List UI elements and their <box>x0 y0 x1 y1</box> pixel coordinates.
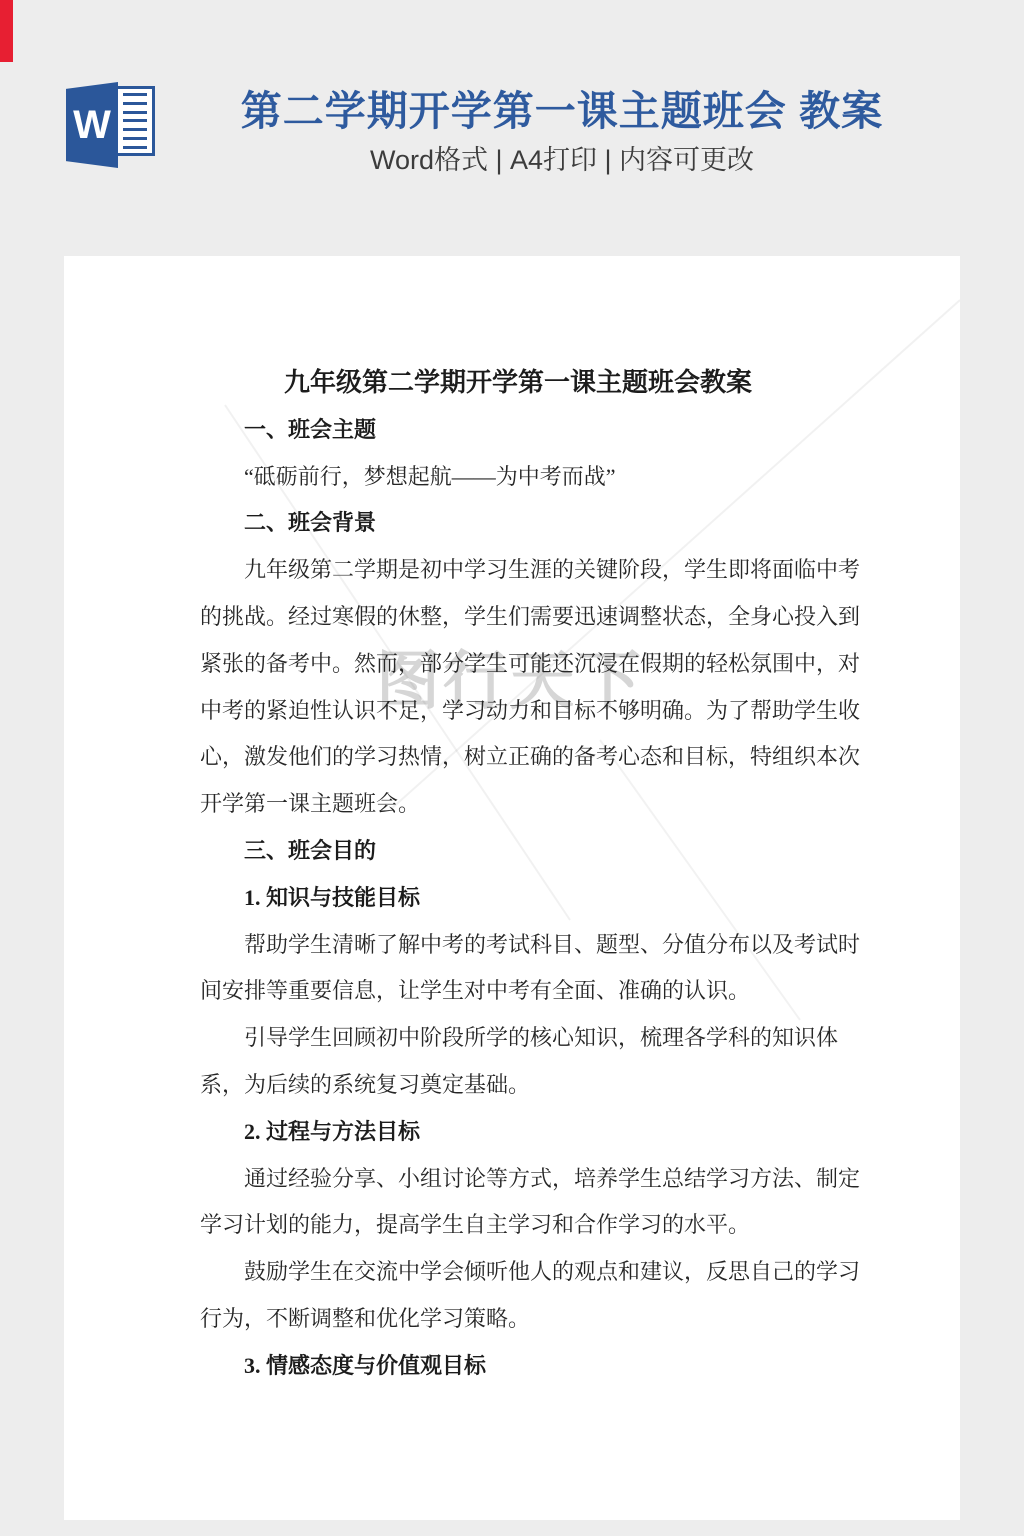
doc-line: 三、班会目的 <box>200 828 836 875</box>
document-blocks: 一、班会主题 “砥砺前行，梦想起航——为中考而战” 二、班会背景 九年级第二学期… <box>200 407 836 1390</box>
doc-line: 一、班会主题 <box>200 407 836 454</box>
page-title: 第二学期开学第一课主题班会 教案 <box>150 88 974 134</box>
doc-line: 心，激发他们的学习热情，树立正确的备考心态和目标，特组织本次 <box>200 734 836 781</box>
doc-paragraph: 九年级第二学期是初中学习生涯的关键阶段，学生即将面临中考的挑战。经过寒假的休整，… <box>200 547 836 828</box>
doc-heading: 三、班会目的 <box>200 828 836 875</box>
doc-line: 间安排等重要信息，让学生对中考有全面、准确的认识。 <box>200 968 836 1015</box>
doc-line: 系，为后续的系统复习奠定基础。 <box>200 1062 836 1109</box>
word-icon-letter: W <box>73 105 111 145</box>
doc-line: 学习计划的能力，提高学生自主学习和合作学习的水平。 <box>200 1202 836 1249</box>
header-titles: 第二学期开学第一课主题班会 教案 Word格式 | A4打印 | 内容可更改 <box>150 88 974 176</box>
doc-heading: 一、班会主题 <box>200 407 836 454</box>
doc-line: 行为，不断调整和优化学习策略。 <box>200 1296 836 1343</box>
doc-paragraph: “砥砺前行，梦想起航——为中考而战” <box>200 454 836 501</box>
doc-line: 1. 知识与技能目标 <box>200 875 836 922</box>
doc-line: 3. 情感态度与价值观目标 <box>200 1343 836 1390</box>
doc-line: 帮助学生清晰了解中考的考试科目、题型、分值分布以及考试时 <box>200 922 836 969</box>
doc-heading: 3. 情感态度与价值观目标 <box>200 1343 836 1390</box>
doc-line: 引导学生回顾初中阶段所学的核心知识，梳理各学科的知识体 <box>200 1015 836 1062</box>
doc-line: 的挑战。经过寒假的休整，学生们需要迅速调整状态，全身心投入到 <box>200 594 836 641</box>
doc-line: 2. 过程与方法目标 <box>200 1109 836 1156</box>
doc-line: 九年级第二学期是初中学习生涯的关键阶段，学生即将面临中考 <box>200 547 836 594</box>
doc-line: 二、班会背景 <box>200 500 836 547</box>
doc-heading: 1. 知识与技能目标 <box>200 875 836 922</box>
doc-line: 紧张的备考中。然而，部分学生可能还沉浸在假期的轻松氛围中，对 <box>200 641 836 688</box>
page-subtitle: Word格式 | A4打印 | 内容可更改 <box>150 144 974 176</box>
doc-line: 中考的紧迫性认识不足，学习动力和目标不够明确。为了帮助学生收 <box>200 688 836 735</box>
doc-heading: 2. 过程与方法目标 <box>200 1109 836 1156</box>
doc-heading: 二、班会背景 <box>200 500 836 547</box>
doc-paragraph: 鼓励学生在交流中学会倾听他人的观点和建议，反思自己的学习行为，不断调整和优化学习… <box>200 1249 836 1343</box>
doc-paragraph: 帮助学生清晰了解中考的考试科目、题型、分值分布以及考试时间安排等重要信息，让学生… <box>200 922 836 1016</box>
word-icon-page <box>115 86 155 156</box>
document-page: 图行天下 九年级第二学期开学第一课主题班会教案 一、班会主题 “砥砺前行，梦想起… <box>64 256 960 1520</box>
page-canvas: W 第二学期开学第一课主题班会 教案 Word格式 | A4打印 | 内容可更改… <box>0 0 1024 1536</box>
doc-paragraph: 通过经验分享、小组讨论等方式，培养学生总结学习方法、制定学习计划的能力，提高学生… <box>200 1156 836 1250</box>
word-icon-flap: W <box>66 82 118 168</box>
corner-red-tab <box>0 0 13 62</box>
doc-paragraph: 引导学生回顾初中阶段所学的核心知识，梳理各学科的知识体系，为后续的系统复习奠定基… <box>200 1015 836 1109</box>
document-title: 九年级第二学期开学第一课主题班会教案 <box>200 360 836 407</box>
word-icon: W <box>66 82 158 168</box>
doc-line: 鼓励学生在交流中学会倾听他人的观点和建议，反思自己的学习 <box>200 1249 836 1296</box>
document-content: 九年级第二学期开学第一课主题班会教案 一、班会主题 “砥砺前行，梦想起航——为中… <box>64 256 960 1390</box>
doc-line: 开学第一课主题班会。 <box>200 781 836 828</box>
doc-line: “砥砺前行，梦想起航——为中考而战” <box>200 454 836 501</box>
doc-line: 通过经验分享、小组讨论等方式，培养学生总结学习方法、制定 <box>200 1156 836 1203</box>
